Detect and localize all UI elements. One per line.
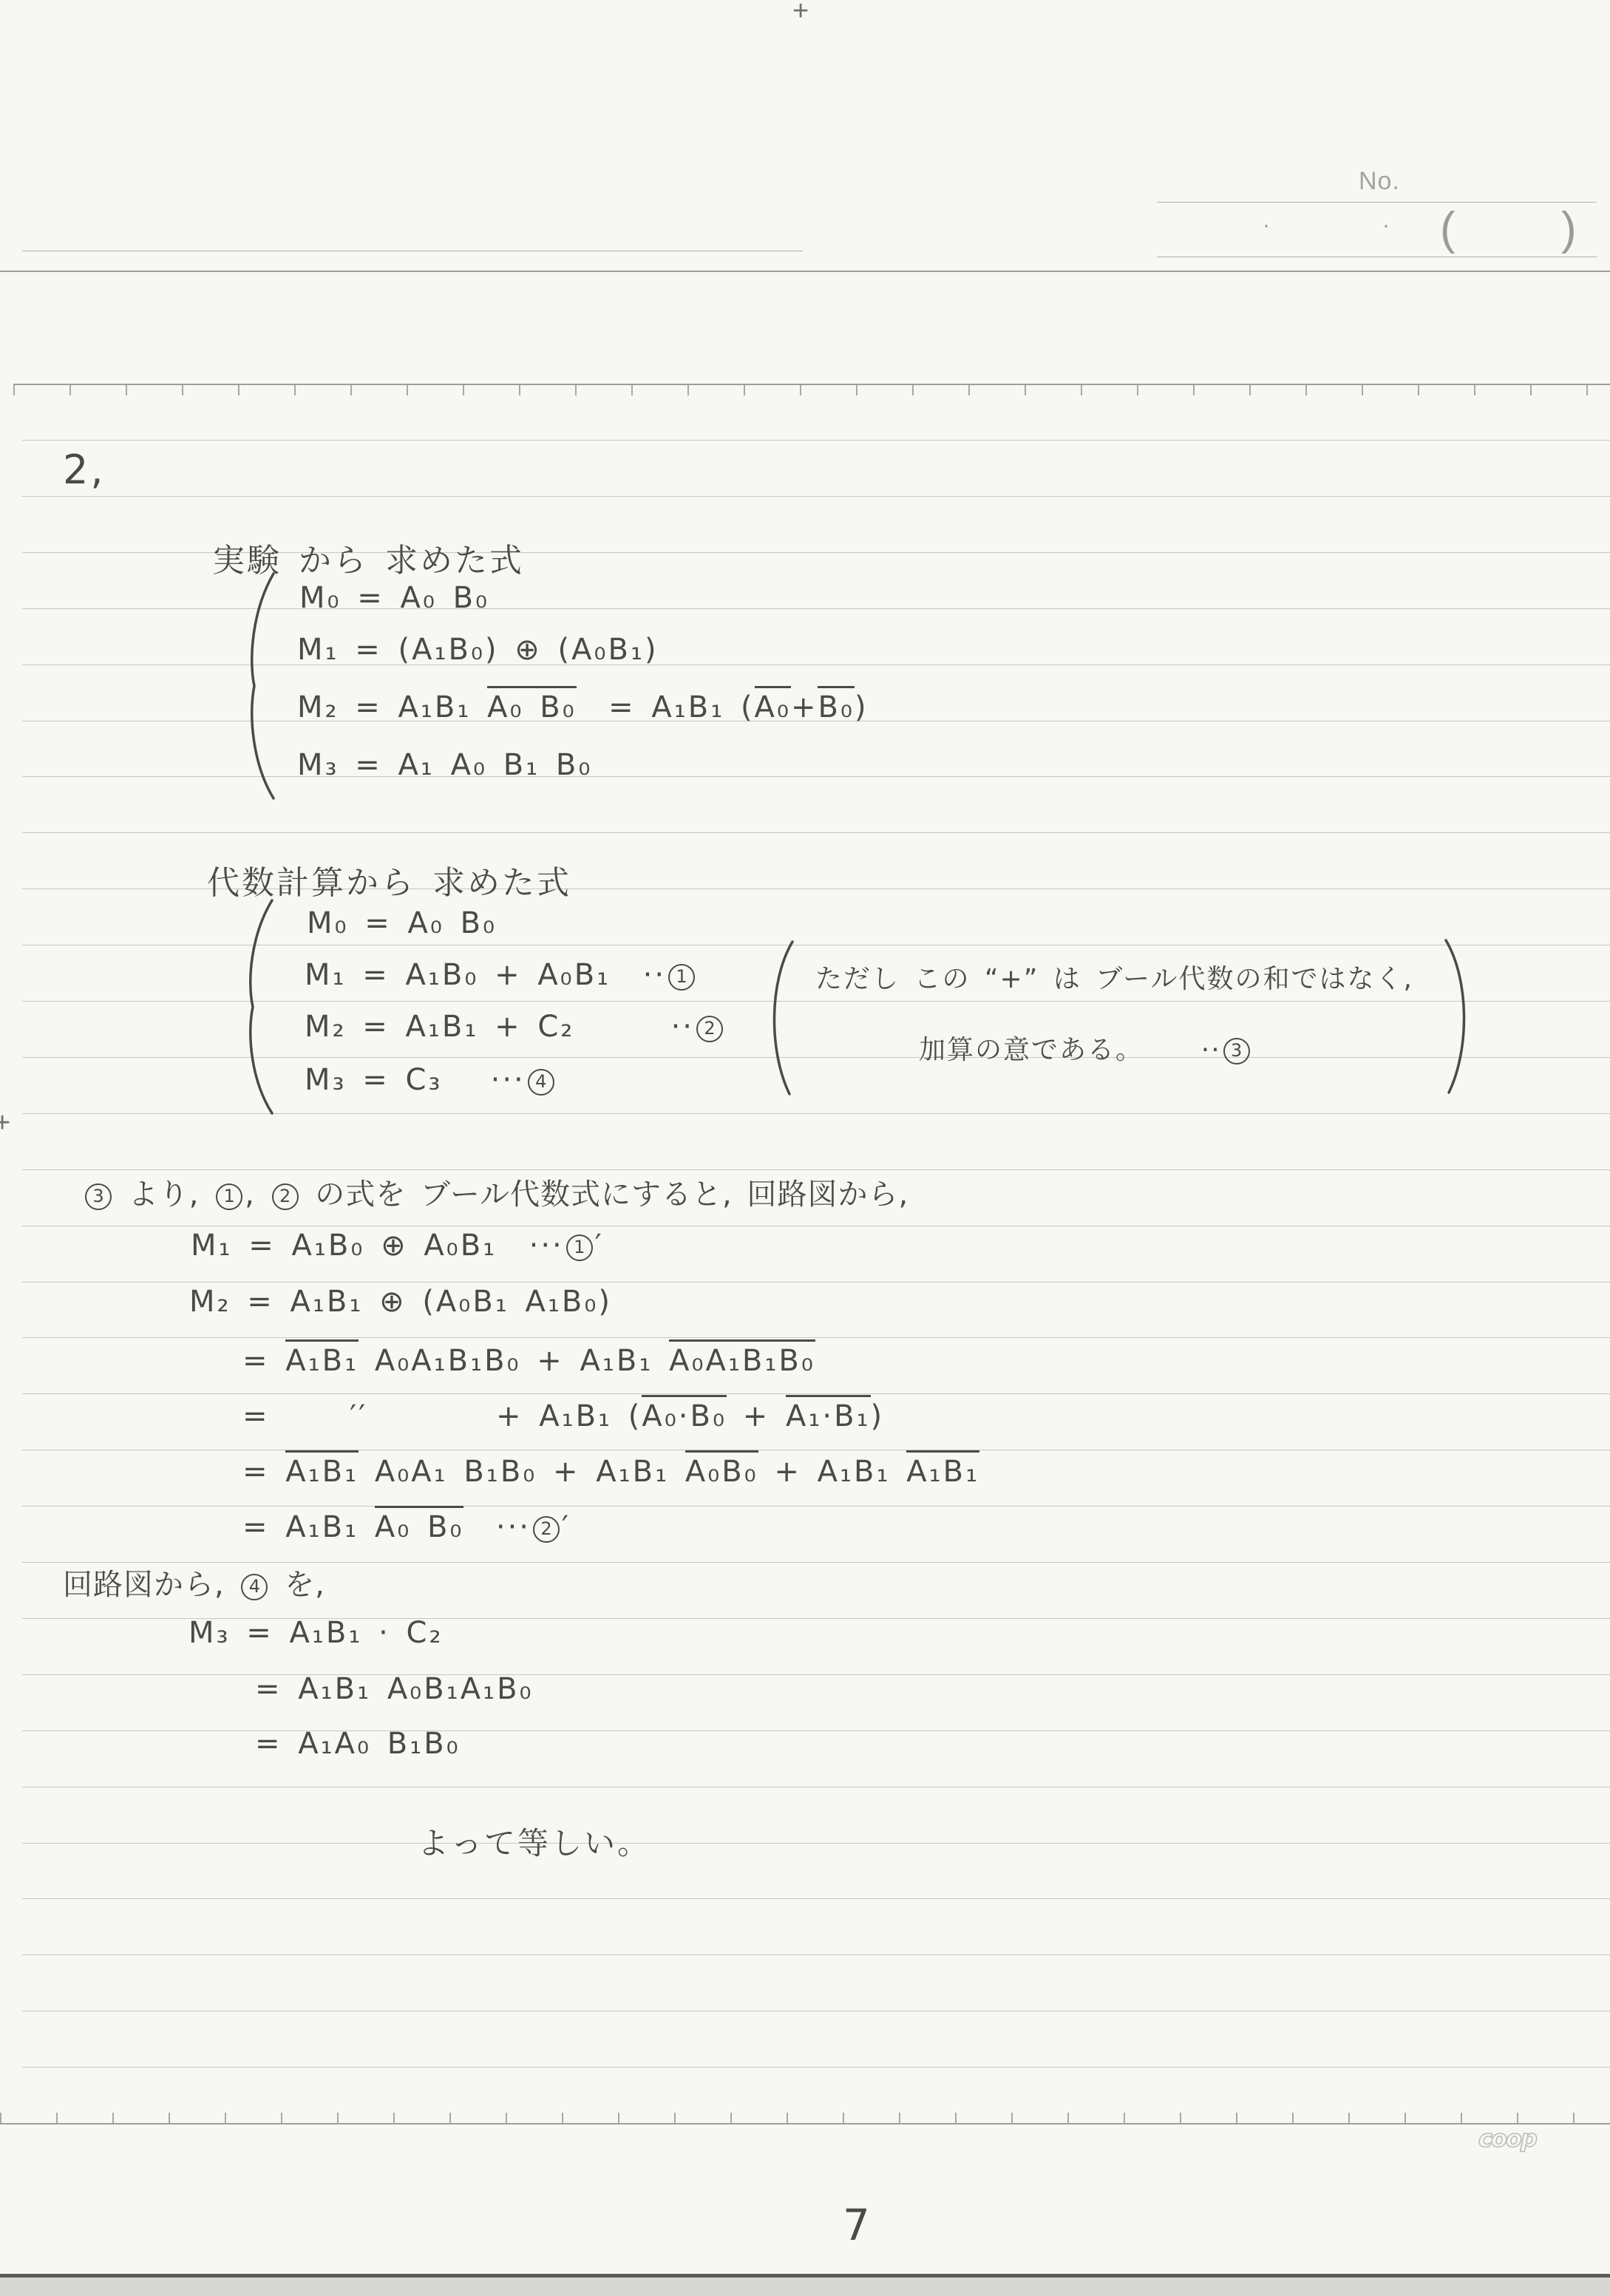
- eq-bool-m2-result: = A₁B₁ A₀ B₀ ···2′: [242, 1510, 571, 1544]
- eq-bool-m2-step2: = A₁B₁ A₀A₁B₁B₀ + A₁B₁ A₀A₁B₁B₀: [242, 1344, 815, 1378]
- header-left-rule: [22, 251, 803, 251]
- ruled-line: [22, 1787, 1610, 1787]
- note-paren-open: [760, 939, 795, 1097]
- header-divider-rule: [0, 271, 1610, 272]
- eq-bool-m2-step3: = ′′ + A₁B₁ (A₀·B₀ + A₁·B₁): [242, 1399, 884, 1433]
- eq-exp-m0: M₀ = A₀ B₀: [299, 581, 489, 615]
- section2-title: 代数計算から 求めた式: [207, 856, 571, 903]
- eq-alg-m1: M₁ = A₁B₀ + A₀B₁ ··1: [305, 958, 697, 992]
- no-label: No.: [1359, 167, 1400, 196]
- eq-bool-m2-step4: = A₁B₁ A₀A₁ B₁B₀ + A₁B₁ A₀B₀ + A₁B₁ A₁B₁: [242, 1455, 979, 1489]
- ruled-line: [22, 1898, 1610, 1899]
- registration-cross-top: +: [792, 0, 809, 27]
- eq-exp-m1: M₁ = (A₁B₀) ⊕ (A₀B₁): [297, 633, 659, 667]
- header-paren-open: (: [1440, 203, 1456, 255]
- header-rule-1: [1157, 202, 1597, 203]
- circuit-intro: 回路図から, 4 を,: [63, 1561, 325, 1603]
- eq-bool-m3-result: = A₁A₀ B₁B₀: [255, 1727, 461, 1761]
- registration-cross-left: +: [0, 1107, 10, 1139]
- system2-brace: [242, 897, 276, 1116]
- note-paren-close: [1443, 937, 1478, 1096]
- derivation-intro: 3 より, 1, 2 の式を ブール代数式にすると, 回路図から,: [83, 1171, 908, 1213]
- eq-exp-m2: M₂ = A₁B₁ A₀ B₀ = A₁B₁ (A₀+B₀): [297, 690, 869, 724]
- ruled-line: [22, 1282, 1610, 1283]
- page-number: 7: [843, 2200, 870, 2250]
- note-line-1: ただし この “+” は ブール代数の和ではなく,: [815, 958, 1413, 996]
- scan-background: [0, 2278, 1610, 2296]
- ruled-line: [22, 832, 1610, 833]
- coop-logo-text: coop: [1478, 2125, 1537, 2153]
- ruled-line: [22, 1843, 1610, 1844]
- note-line-2: 加算の意である。 ··3: [919, 1029, 1252, 1067]
- ruled-line: [22, 1450, 1610, 1450]
- eq-bool-m1: M₁ = A₁B₀ ⊕ A₀B₁ ···1′: [191, 1229, 604, 1263]
- ruled-line: [22, 440, 1610, 441]
- ruled-line: [22, 1337, 1610, 1338]
- eq-bool-m3-step1: M₃ = A₁B₁ · C₂: [188, 1616, 443, 1650]
- notebook-page: No. · · ( ) + + 2, 実験 から 求めた式 M₀ = A₀ B₀…: [0, 0, 1610, 2296]
- eq-alg-m3: M₃ = C₃ ···4: [305, 1063, 557, 1097]
- eq-bool-m3-step2: = A₁B₁ A₀B₁A₁B₀: [255, 1672, 534, 1706]
- eq-alg-m2: M₂ = A₁B₁ + C₂ ··2: [305, 1010, 725, 1044]
- ruled-line: [22, 1954, 1610, 1955]
- header-paren-close: ): [1561, 203, 1577, 255]
- system1-brace: [244, 571, 278, 801]
- conclusion-text: よって等しい。: [418, 1819, 651, 1864]
- coop-logo: coop: [1477, 2125, 1573, 2156]
- header-date-dot-1: ·: [1263, 213, 1270, 238]
- ruled-line: [22, 1169, 1610, 1170]
- ruled-line: [22, 2067, 1610, 2068]
- header-date-dot-2: ·: [1382, 213, 1390, 238]
- ruler-line-top: [13, 384, 1610, 395]
- ruled-line: [22, 1226, 1610, 1226]
- ruled-line: [22, 1506, 1610, 1507]
- ruler-line-bottom: [0, 2113, 1610, 2125]
- ruled-line: [22, 2011, 1610, 2011]
- eq-exp-m3: M₃ = A₁ A₀ B₁ B₀: [297, 748, 592, 782]
- ruled-line: [22, 496, 1610, 497]
- problem-number: 2,: [63, 446, 106, 493]
- eq-bool-m2-step1: M₂ = A₁B₁ ⊕ (A₀B₁ A₁B₀): [189, 1285, 612, 1319]
- eq-alg-m0: M₀ = A₀ B₀: [307, 906, 497, 940]
- header-rule-2: [1157, 257, 1597, 257]
